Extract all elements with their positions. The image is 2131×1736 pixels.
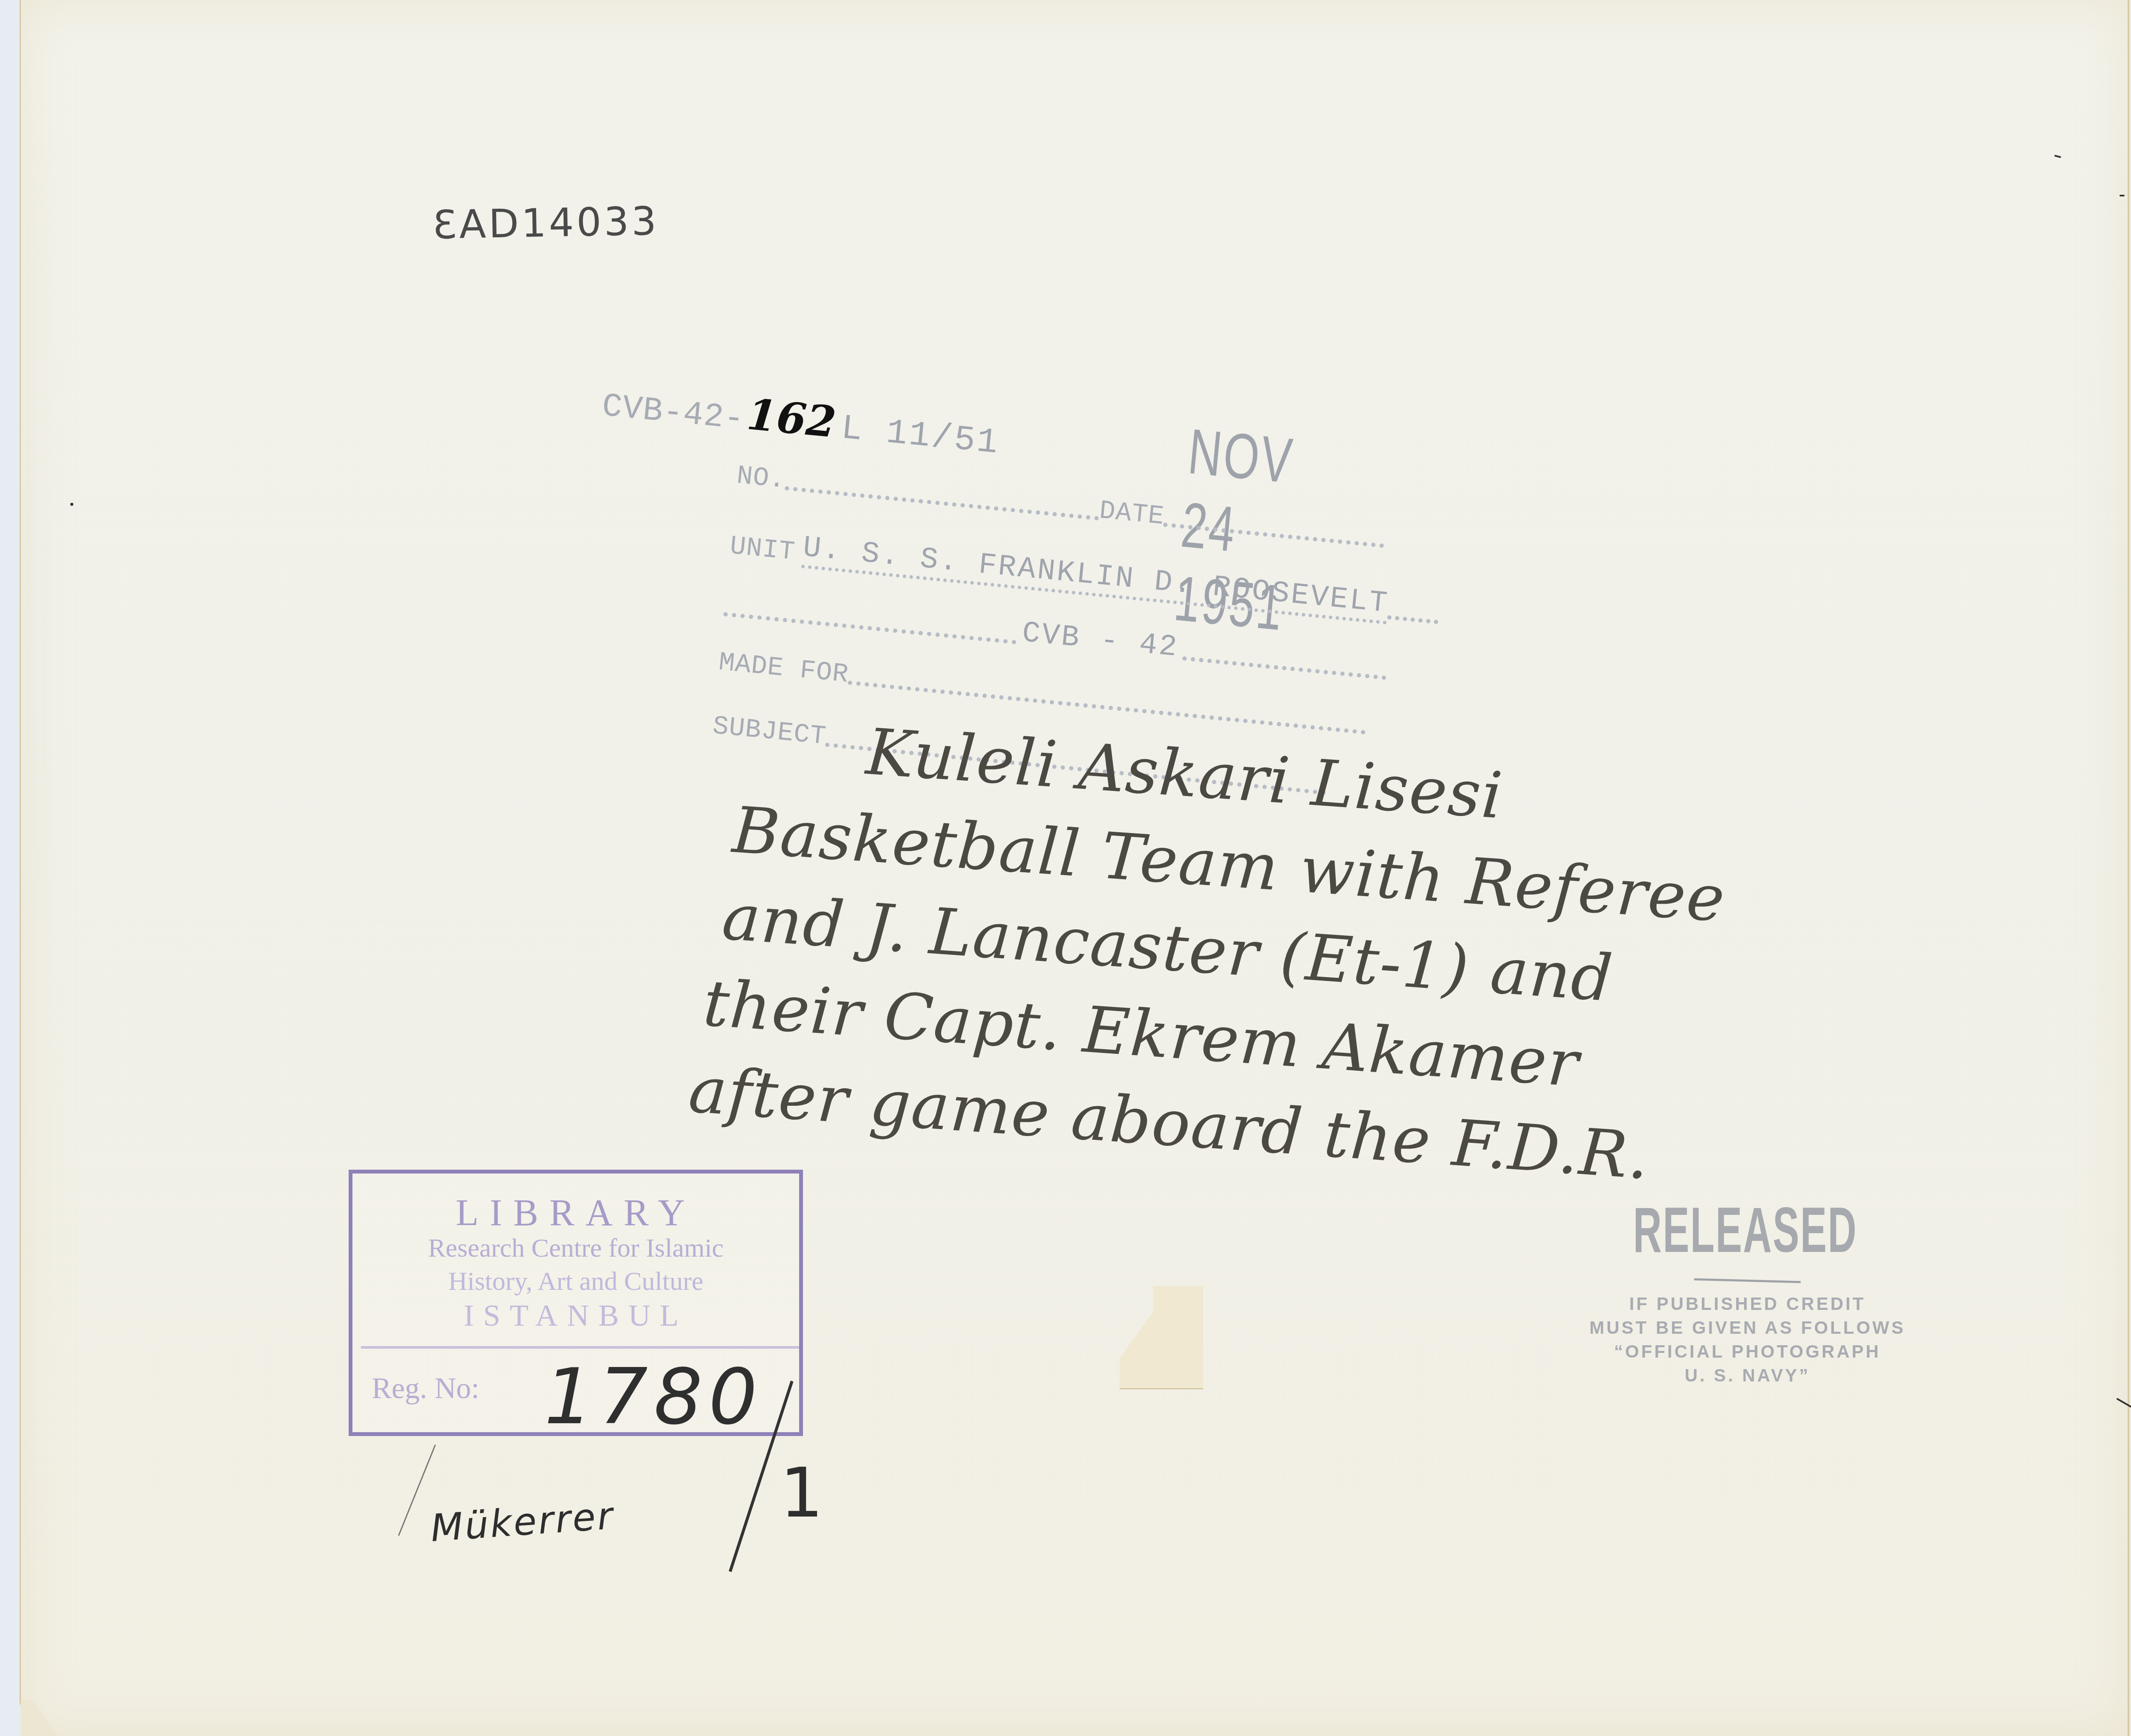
- speck: [2119, 195, 2125, 196]
- library-stamp-divider: [361, 1346, 799, 1349]
- subject-label: SUBJECT: [711, 711, 828, 752]
- unit-field-line: [1387, 615, 1438, 624]
- archive-id: ƐAD14033: [432, 198, 659, 248]
- no-field-line: [785, 486, 1099, 521]
- no-label: NO.: [735, 461, 787, 496]
- unit-line2-field-end: [1182, 656, 1386, 680]
- unit-label: UNIT: [728, 531, 796, 567]
- unit-line2-field: [723, 612, 1016, 644]
- released-title: RELEASED: [1623, 1193, 1868, 1267]
- speck: [70, 503, 73, 506]
- credit-line: MUST BE GIVEN AS FOLLOWS: [1551, 1316, 1943, 1340]
- library-stamp-line: History, Art and Culture: [352, 1266, 799, 1297]
- credit-line: U. S. NAVY”: [1551, 1364, 1943, 1387]
- photo-number-suffix: L 11/51: [840, 409, 1002, 463]
- paper-edge-right: [2128, 0, 2129, 1736]
- library-stamp-title: LIBRARY: [352, 1191, 799, 1234]
- duplicate-count: 1: [780, 1453, 823, 1533]
- date-label: DATE: [1098, 496, 1166, 532]
- released-rule: [1694, 1278, 1801, 1283]
- subject-handwriting: Kuleli Askari Lisesi Basketball Team wit…: [822, 707, 1734, 1205]
- library-stamp-city: ISTANBUL: [352, 1298, 799, 1333]
- released-stamp: RELEASED IF PUBLISHED CREDIT MUST BE GIV…: [1551, 1193, 1943, 1387]
- paper-edge-left: [20, 0, 21, 1704]
- registration-label: Reg. No:: [372, 1372, 479, 1406]
- photo-number-handwritten: 162: [745, 389, 838, 447]
- unit-line2-value: CVB - 42: [1021, 617, 1180, 665]
- library-stamp-line: Research Centre for Islamic: [352, 1233, 799, 1263]
- credit-line: IF PUBLISHED CREDIT: [1551, 1292, 1943, 1316]
- made-for-label: MADE FOR: [717, 647, 850, 690]
- library-stamp: LIBRARY Research Centre for Islamic Hist…: [349, 1170, 803, 1436]
- photo-number-prefix: CVB-42-: [601, 388, 746, 439]
- credit-line: “OFFICIAL PHOTOGRAPH: [1551, 1340, 1943, 1364]
- registration-number: 1780: [544, 1352, 763, 1442]
